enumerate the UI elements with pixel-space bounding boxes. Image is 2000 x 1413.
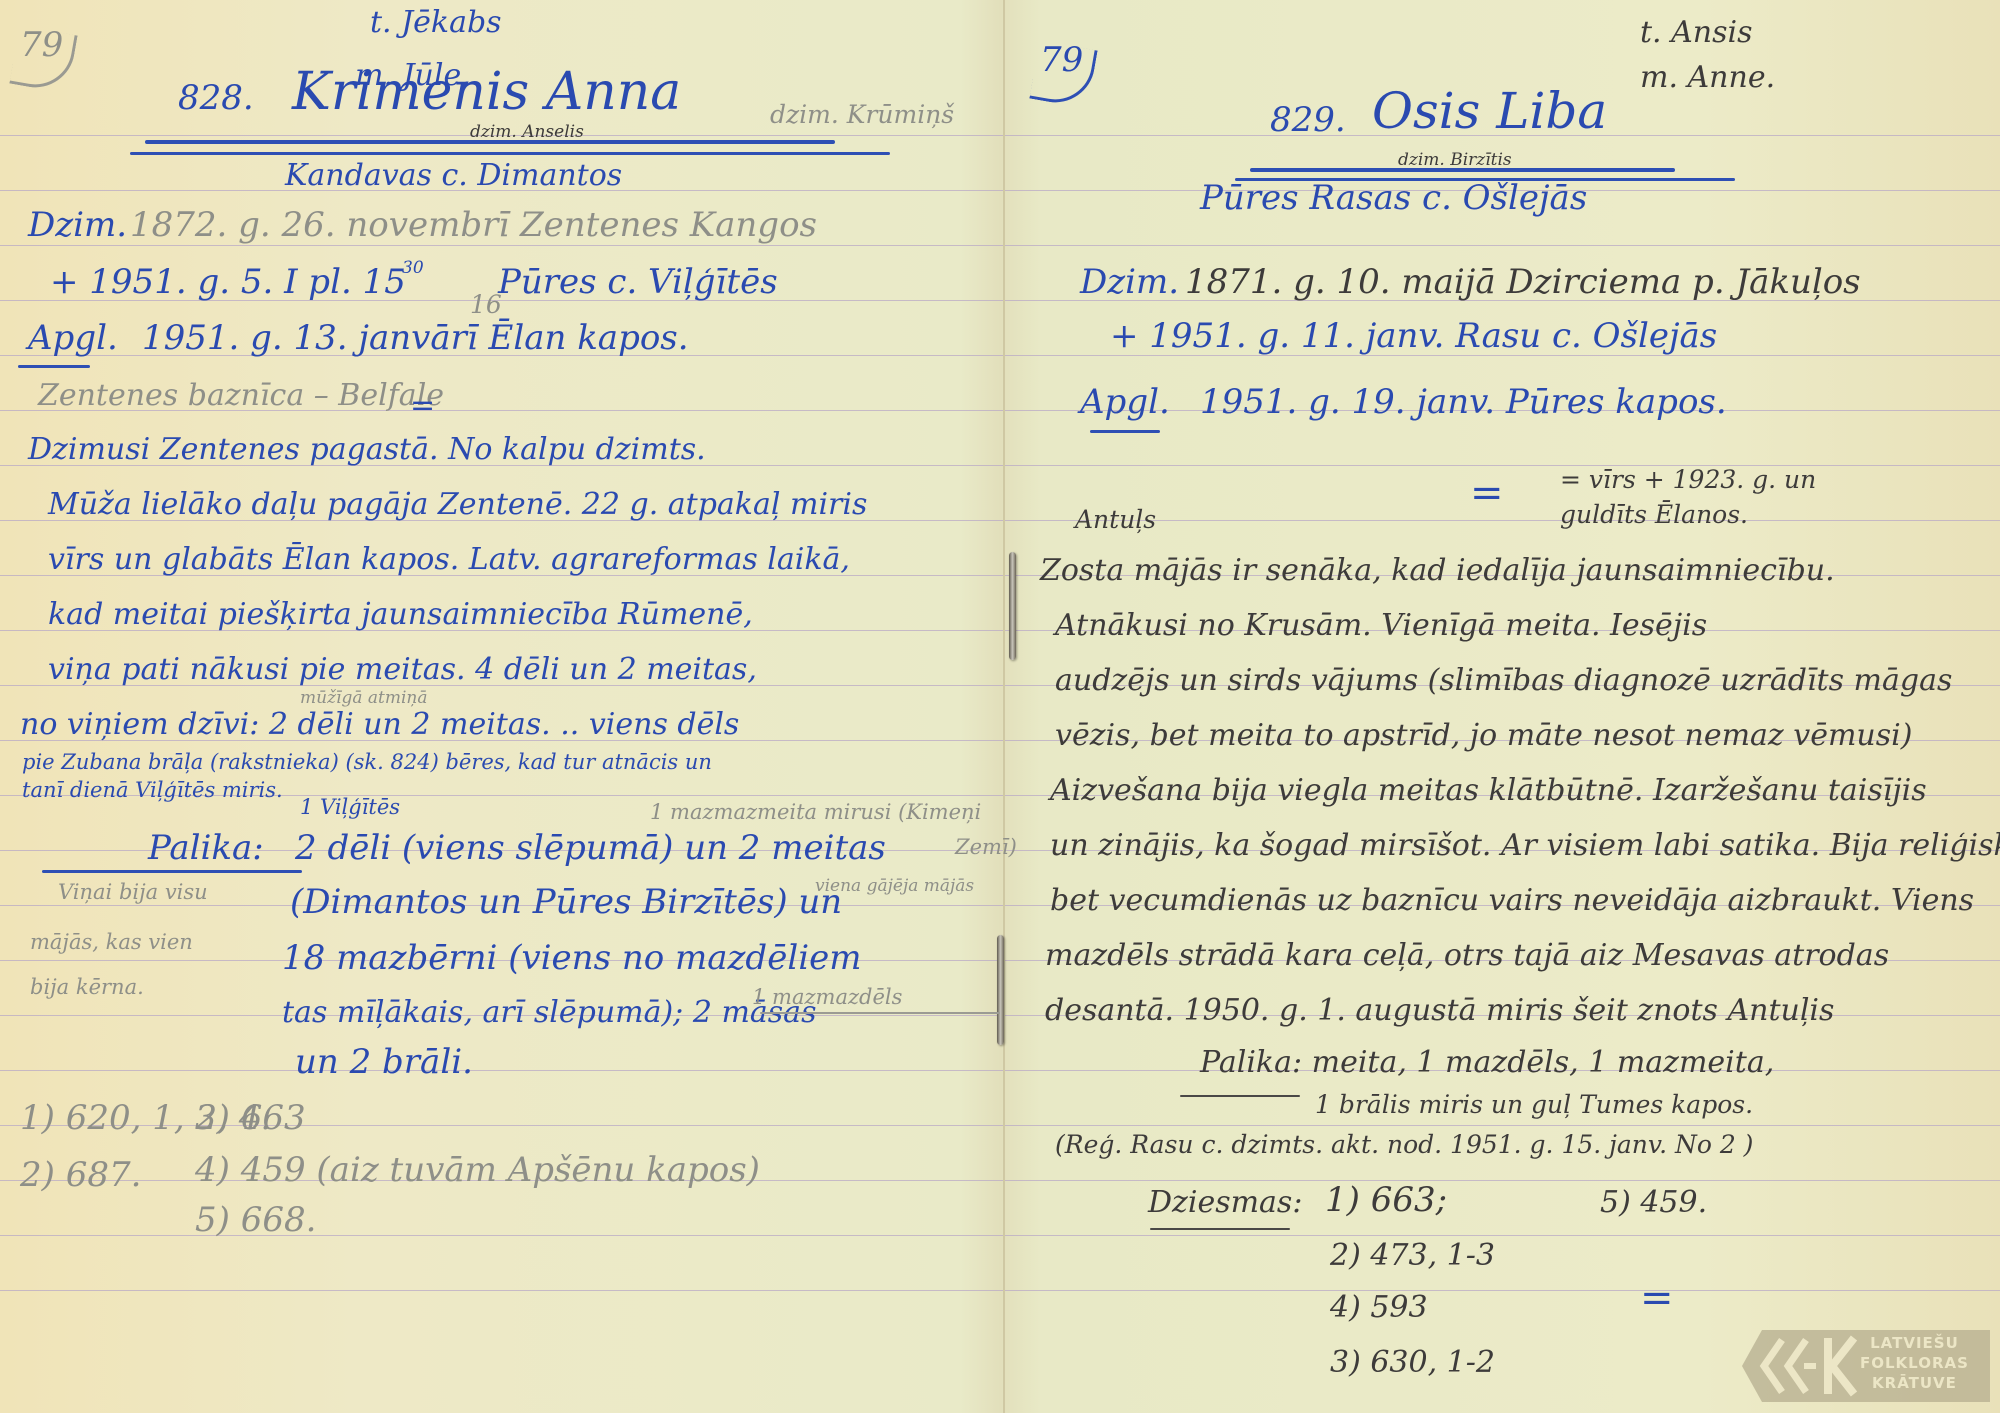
name-underline (145, 140, 835, 144)
pencil-margin-left-1: Viņai bija visu (58, 880, 208, 904)
father-note: t. Jēkabs (370, 5, 502, 40)
ref-num: 3) (195, 1098, 230, 1138)
ref-num: 5) (195, 1200, 230, 1240)
location: Kandavas c. Dimantos (285, 158, 622, 193)
ref-num: 2) (1330, 1238, 1361, 1273)
pencil-margin-left-3: bija kērna. (30, 975, 144, 999)
equals-note-1: = vīrs + 1923. g. un (1560, 465, 1816, 494)
ref-value: 459 (aiz tuvām Apšēnu kapos) (241, 1150, 760, 1190)
bio-line-1: Dzimusi Zentenes pagastā. No kalpu dzimt… (28, 432, 706, 467)
buried-label: Apgl. (28, 318, 118, 358)
palika-underline (42, 870, 302, 873)
ref-num: 4) (1330, 1290, 1361, 1325)
ref-value: 593 (1370, 1290, 1427, 1325)
equals-mark: = (410, 388, 435, 423)
binding-gutter (1003, 0, 1005, 1413)
bio-line-3: vīrs un glabāts Ēlan kapos. Latv. agrare… (48, 542, 850, 577)
logo-line-3: KRĀTUVE (1860, 1373, 1969, 1393)
small-note-line-2: tanī dienā Viļģītēs miris. (22, 778, 283, 802)
ref-value: 663; (1371, 1180, 1447, 1220)
bio-line-5: viņa pati nākusi pie meitas. 4 dēli un 2… (48, 652, 757, 687)
bio-line-4: kad meitai piešķirta jaunsaimniecība Rūm… (48, 597, 753, 632)
bio-line-8: mazdēls strādā kara ceļā, otrs tajā aiz … (1045, 938, 1889, 973)
bio-line-3: audzējs un sirds vājums (slimības diagno… (1055, 663, 1952, 698)
dash-mark (1180, 1095, 1300, 1097)
brother-line: 1 brālis miris un guļ Tumes kapos. (1315, 1090, 1753, 1119)
ref-num: 1) (1325, 1180, 1360, 1220)
buried-text: 1951. g. 19. janv. Pūres kapos. (1200, 382, 1727, 422)
entry-number: 828. (178, 78, 254, 118)
bio-line-4: vēzis, bet meita to apstrīd, jo māte nes… (1055, 718, 1912, 753)
bio-line-9: desantā. 1950. g. 1. augustā miris šeit … (1045, 993, 1834, 1028)
logo-line-2: FOLKLORAS (1860, 1353, 1969, 1373)
born-text: 1871. g. 10. maijā Dzirciema p. Jākuļos (1185, 262, 1861, 302)
died-place: Pūres c. Viļģītēs (498, 262, 778, 302)
ref-num: 4) (195, 1150, 230, 1190)
maiden-name: dzim. Birzītis (1398, 150, 1512, 170)
ref-value: 473, 1-3 (1370, 1238, 1495, 1273)
location: Pūres Rasas c. Ošlejās (1200, 178, 1587, 218)
staple-bottom (997, 935, 1004, 1045)
mother-note: m. Anne. (1640, 60, 1775, 95)
page-number-circle (1029, 40, 1097, 108)
ruled-line (0, 245, 2000, 246)
ref-value: 668. (241, 1200, 317, 1240)
ref-num: 1) (20, 1098, 55, 1138)
palika-line-2: (Dimantos un Pūres Birzītēs) un (290, 882, 842, 922)
end-mark: = (1640, 1275, 1674, 1321)
ruled-line (0, 135, 2000, 136)
mother-maiden-note: dzim. Krūmiņš (770, 100, 954, 129)
ref-num: 2) (20, 1155, 55, 1195)
registry-line: (Reģ. Rasu c. dzimts. akt. nod. 1951. g.… (1055, 1130, 1753, 1159)
logo-line-1: LATVIEŠU (1860, 1333, 1969, 1353)
bio-line-5: Aizvešana bija viegla meitas klātbūtnē. … (1050, 773, 1927, 808)
palika-line-1: 2 dēli (viens slēpumā) un 2 meitas (295, 828, 886, 868)
pencil-margin-right-1: 1 mazmazmeita mirusi (Kimeņi (650, 800, 981, 824)
dziesmas-underline (1150, 1228, 1290, 1230)
name-underline-2 (130, 152, 890, 155)
died-time-superscript: 30 (402, 258, 424, 278)
pencil-margin-right-2: Zemī) (955, 835, 1017, 859)
bio-line-2: Mūža lielāko daļu pagāja Zentenē. 22 g. … (48, 487, 867, 522)
buried-label: Apgl. (1080, 382, 1170, 422)
palika-line-5: un 2 brāli. (295, 1042, 473, 1082)
equals-mark: = (1470, 470, 1504, 516)
ref-value: 630, 1-2 (1370, 1345, 1495, 1380)
born-label: Dzim. (28, 205, 127, 245)
bio-line-6: un zinājis, ka šogad mirsīšot. Ar visiem… (1050, 828, 2000, 863)
pencil-over-note: mūžīgā atmiņā (300, 688, 428, 708)
dziesmas-label: Dziesmas: (1148, 1185, 1302, 1220)
ref-value: 663 (241, 1098, 306, 1138)
pencil-mazmazdels: 1 mazmazdēls (752, 985, 902, 1009)
cross-note: Antuļs (1075, 505, 1156, 534)
pencil-note-church: Zentenes baznīca – Belfale (38, 378, 444, 413)
died-text: + 1951. g. 5. I pl. 15 (50, 262, 406, 302)
died-text: + 1951. g. 11. janv. Rasu c. Ošlejās (1110, 316, 1717, 356)
bio-line-6: no viņiem dzīvi: 2 dēli un 2 meitas. .. … (20, 707, 739, 742)
palika-label: Palika: (148, 828, 264, 868)
superscript-note: 1 Viļģītēs (300, 795, 400, 819)
buried-underline (1090, 430, 1160, 433)
bio-line-7: bet vecumdienās uz baznīcu vairs neveidā… (1050, 883, 1974, 918)
ref-num: 3) (1330, 1345, 1361, 1380)
pencil-margin-left-2: mājās, kas vien (30, 930, 193, 954)
bio-line-1: Zosta mājās ir senāka, kad iedalīja jaun… (1040, 553, 1835, 588)
entry-name: Osis Liba (1372, 82, 1607, 140)
notebook-spread: 79 t. Jēkabs m. Jūle, dzim. Krūmiņš 828.… (0, 0, 2000, 1413)
palika-line: Palika: meita, 1 mazdēls, 1 mazmeita, (1200, 1045, 1774, 1080)
entry-name: Krimenis Anna (292, 62, 681, 122)
bio-line-2: Atnākusi no Krusām. Vienīgā meita. Iesēj… (1055, 608, 1707, 643)
entry-number: 829. (1270, 100, 1346, 140)
palika-line-4: tas mīļākais, arī slēpumā); 2 māsas (282, 995, 816, 1030)
archive-logo-text: LATVIEŠU FOLKLORAS KRĀTUVE (1860, 1333, 1969, 1393)
small-note-line-1: pie Zubana brāļa (rakstnieka) (sk. 824) … (22, 750, 712, 774)
buried-text: 1951. g. 13. janvārī Ēlan kapos. (142, 318, 689, 358)
born-text: 1872. g. 26. novembrī Zentenes Kangos (130, 205, 817, 245)
ref-value: 459. (1640, 1185, 1707, 1220)
father-note: t. Ansis (1640, 15, 1753, 50)
name-underline (1250, 168, 1675, 172)
ruled-line (0, 1290, 2000, 1291)
maiden-name: dzim. Anselis (470, 122, 584, 142)
pencil-underline (760, 1012, 1000, 1014)
palika-line-3: 18 mazbērni (viens no mazdēliem (282, 938, 861, 978)
page-number-circle (9, 25, 77, 93)
born-label: Dzim. (1080, 262, 1179, 302)
buried-underline (18, 365, 90, 368)
ref-num: 5) (1600, 1185, 1631, 1220)
staple-top (1009, 552, 1016, 660)
equals-note-2: guldīts Ēlanos. (1560, 500, 1748, 529)
ref-value: 687. (66, 1155, 142, 1195)
